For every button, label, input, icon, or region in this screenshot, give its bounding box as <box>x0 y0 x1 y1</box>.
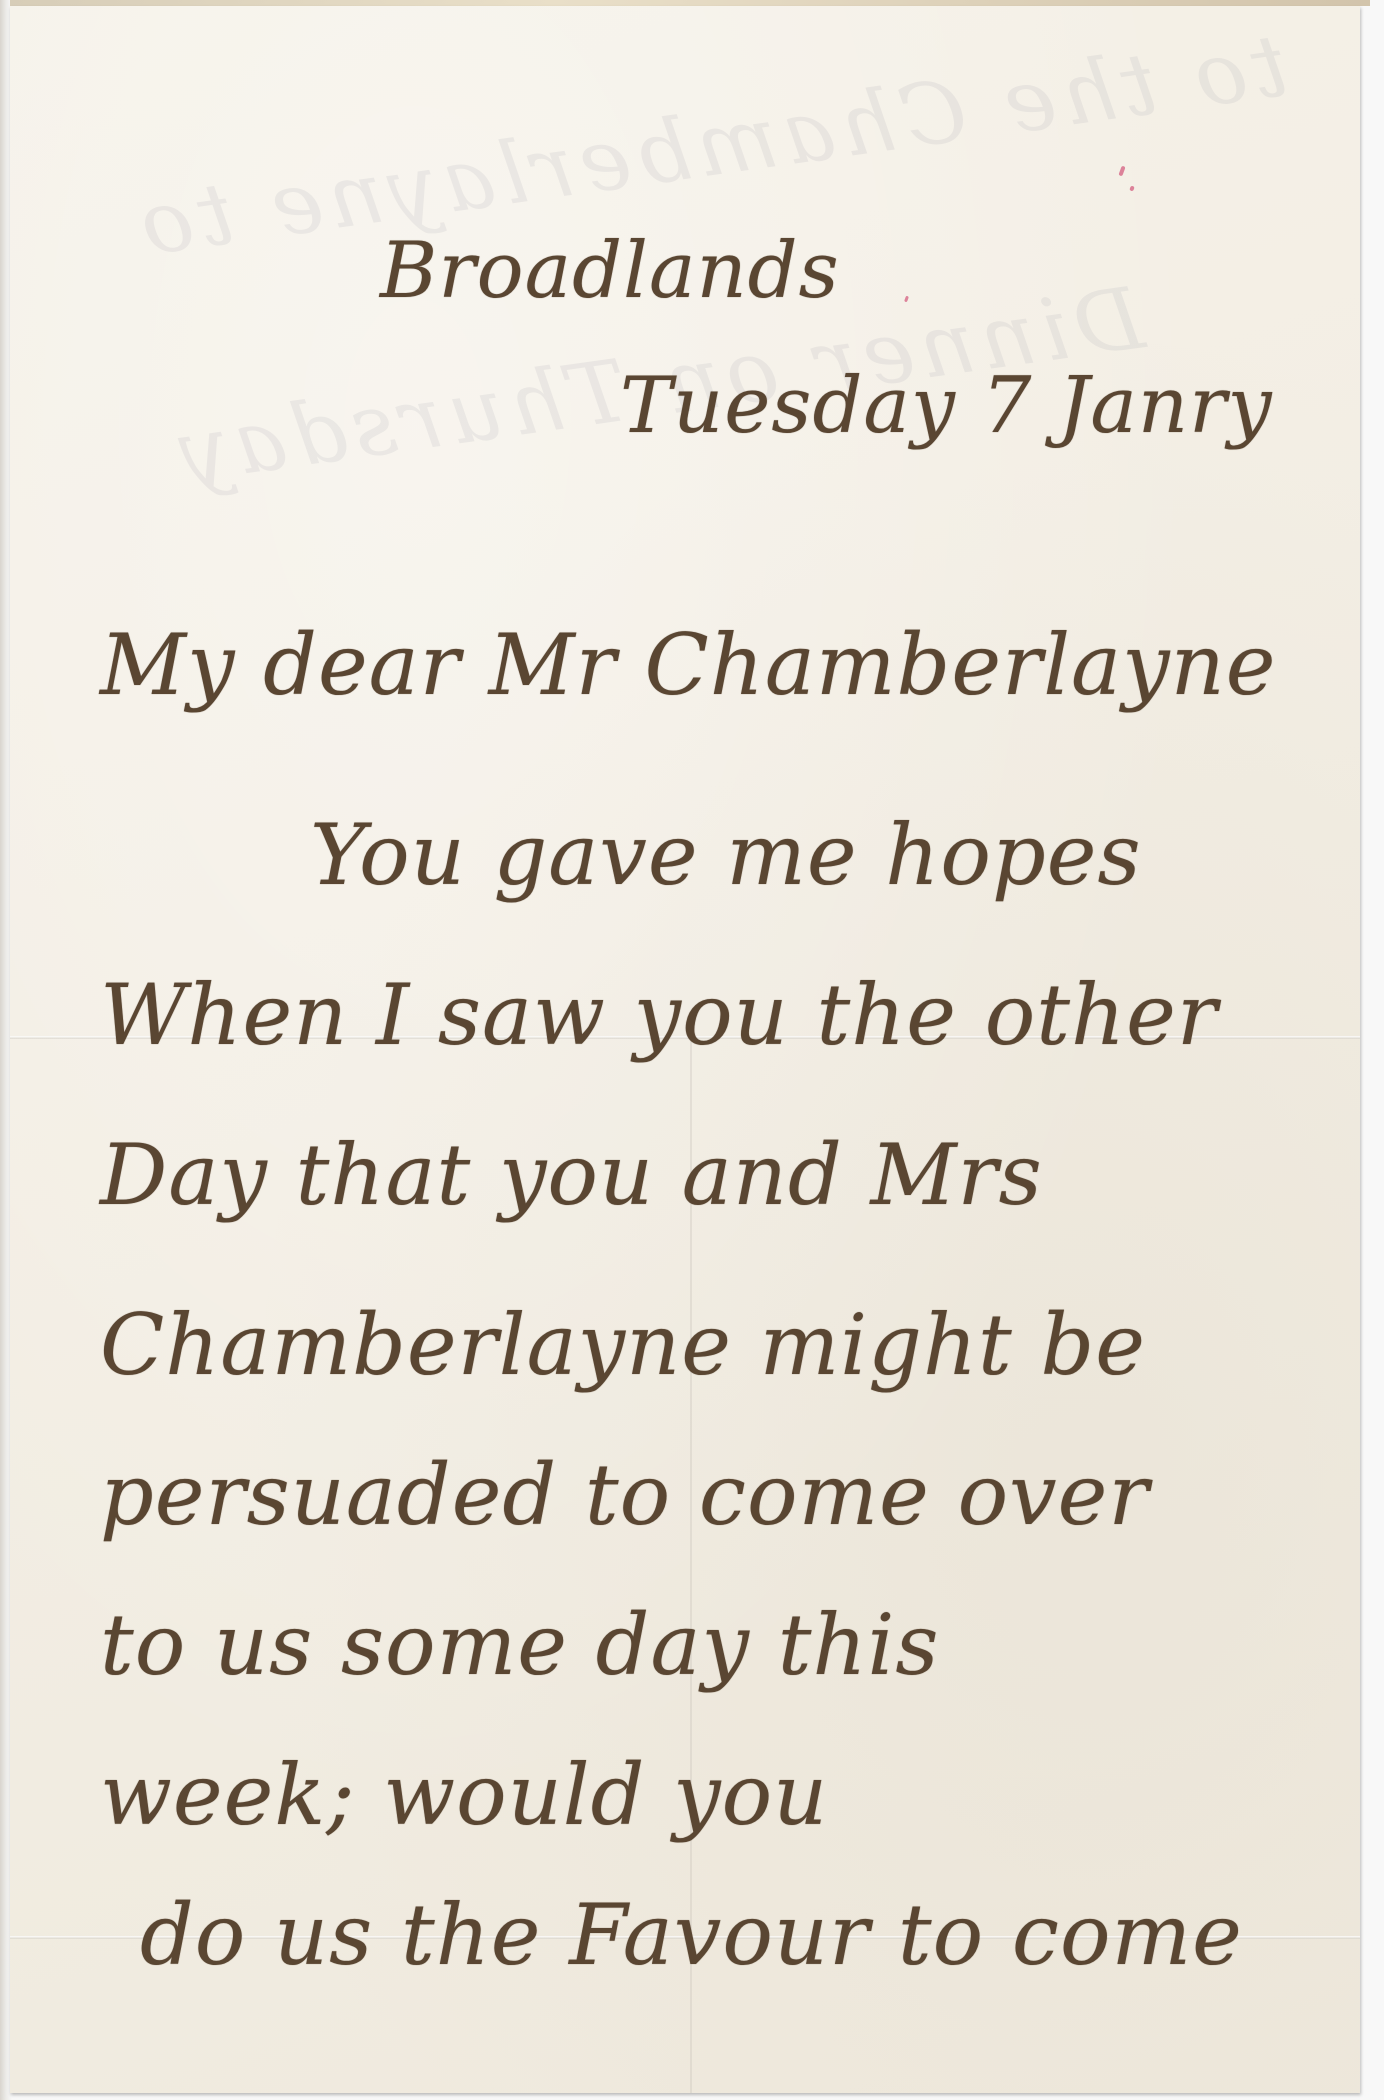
ink-speck <box>1129 185 1134 191</box>
letter-date: Tuesday 7 Janry <box>620 361 1273 451</box>
letter-salutation: My dear Mr Chamberlayne <box>100 616 1276 714</box>
letter-sheet: to the Chamberlayne to Dinner on Thursda… <box>10 6 1360 2093</box>
letter-line: Chamberlayne might be <box>100 1296 1146 1394</box>
ink-speck <box>1118 166 1125 177</box>
letter-line: Day that you and Mrs <box>100 1126 1043 1224</box>
letter-line: You gave me hopes <box>310 806 1142 904</box>
letter-line: to us some day this <box>100 1596 940 1694</box>
letter-line: week; would you <box>100 1746 828 1844</box>
letter-line: do us the Favour to come <box>140 1886 1243 1984</box>
letter-place: Broadlands <box>380 226 840 316</box>
letter-line: persuaded to come over <box>100 1446 1149 1544</box>
scanned-letter-page: to the Chamberlayne to Dinner on Thursda… <box>0 0 1384 2100</box>
letter-line: When I saw you the other <box>100 966 1218 1064</box>
